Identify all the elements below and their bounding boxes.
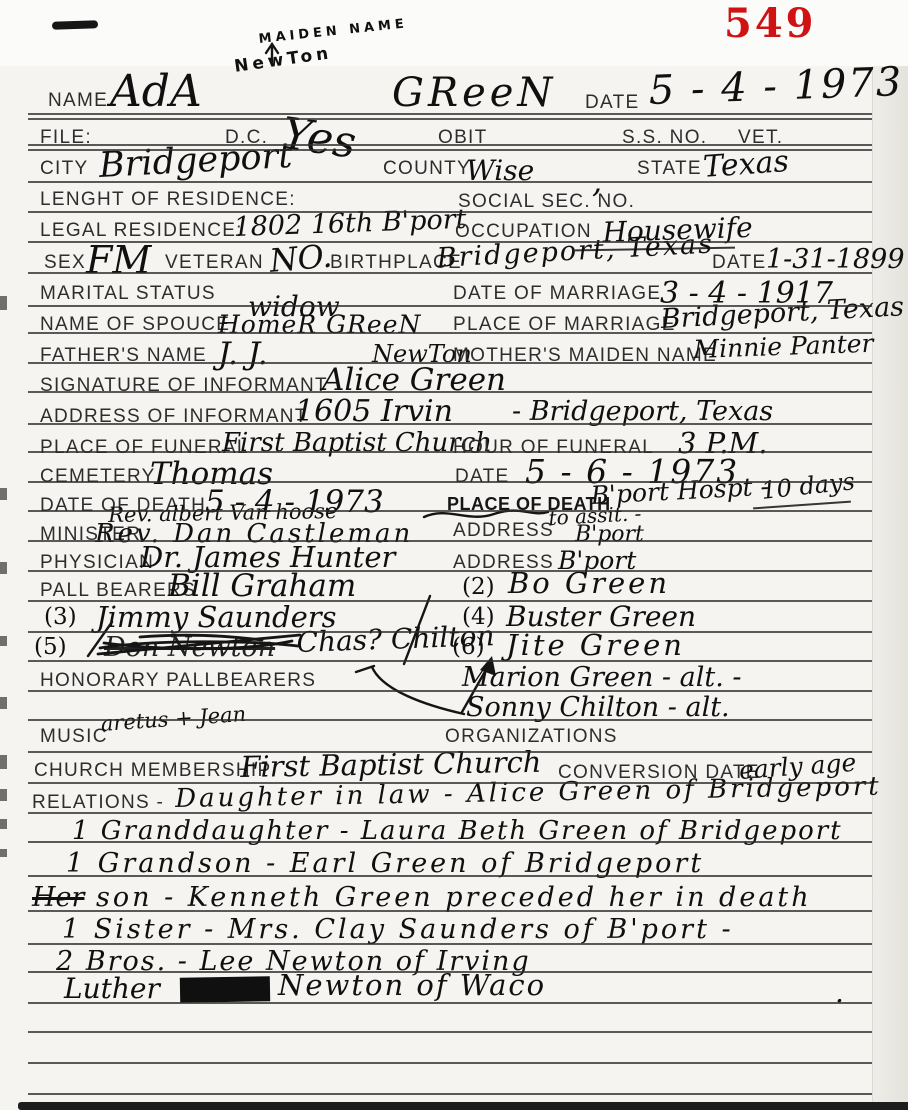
pallbearer-2-num: (2): [462, 574, 495, 600]
scanned-record-card: 549 MAIDEN NAME NewTon NAME AdA GReeN DA…: [0, 0, 908, 1110]
social-sec-label: SOCIAL SEC. NO.: [458, 191, 635, 213]
death-place-note: 10 days: [760, 467, 856, 505]
father-name-value: J. J.: [218, 336, 268, 372]
county-label: COUNTY: [383, 158, 471, 180]
relations-label: RELATIONS -: [32, 792, 164, 814]
name-label: NAME: [48, 90, 108, 112]
funeral-place-value: First Baptist Church: [222, 428, 492, 458]
scan-edge-mark: [0, 636, 7, 646]
relations-line-5: 1 Sister - Mrs. Clay Saunders of B'port …: [62, 914, 734, 945]
relations-line-7b: Newton of Waco: [278, 968, 546, 1002]
form-rule-line: [28, 113, 872, 115]
pallbearer-6-num: (6): [452, 634, 485, 660]
page-number: 549: [724, 0, 817, 47]
date-label: DATE: [585, 92, 639, 114]
pallbearer-1: Bill Graham: [168, 568, 356, 604]
form-rule-line: [28, 211, 872, 213]
form-rule-line: [28, 149, 872, 151]
marital-status-label: MARITAL STATUS: [40, 283, 216, 305]
veteran-label: VETERAN: [165, 252, 264, 274]
redaction-box: [180, 976, 270, 1003]
form-rule-line: [28, 144, 872, 146]
music-label: MUSIC: [40, 726, 108, 748]
form-rule-line: [28, 1002, 872, 1004]
relations-line-4: son - Kenneth Green preceded her in deat…: [96, 882, 812, 913]
scan-edge-mark: [0, 789, 7, 801]
scan-edge-mark: [0, 562, 7, 574]
minister-address-label: ADDRESS: [453, 520, 554, 542]
form-rule-line: [28, 943, 872, 945]
form-rule-line: [28, 305, 872, 307]
form-rule-line: [28, 875, 872, 877]
length-of-residence-label: LENGHT OF RESIDENCE:: [40, 189, 296, 211]
form-rule-line: [28, 812, 872, 814]
pallbearer-3-num: (3): [44, 604, 77, 630]
pen-dot: .: [835, 976, 844, 1009]
form-rule-line: [28, 272, 872, 274]
birthdate-label: DATE: [712, 252, 766, 274]
form-rule-line: [28, 841, 872, 843]
pallbearer-5-struck: Don Newton: [104, 632, 275, 663]
birthdate-value: 1-31-1899: [766, 244, 905, 275]
form-rule-line: [28, 910, 872, 912]
form-rule-line: [28, 481, 872, 483]
form-rule-line: [28, 181, 872, 183]
relations-line-7a: Luther: [64, 972, 160, 1005]
form-rule-line: [28, 118, 872, 120]
honorary-alt-1: Marion Green - alt. -: [462, 662, 742, 693]
scan-edge-mark: [0, 697, 7, 709]
form-rule-line: [28, 690, 872, 692]
sex-label: SEX: [44, 252, 86, 274]
form-rule-line: [28, 751, 872, 753]
form-rule-line: [28, 1062, 872, 1064]
name-last-value: GReeN: [392, 70, 556, 116]
scan-edge-mark: [0, 755, 7, 769]
city-label: CITY: [40, 158, 88, 180]
form-rule-line: [28, 423, 872, 425]
name-first-value: AdA: [110, 66, 202, 117]
form-rule-line: [28, 451, 872, 453]
pallbearer-6: Jite Green: [506, 628, 685, 662]
form-rule-line: [28, 510, 872, 512]
date-value: 5 - 4 - 1973: [648, 59, 904, 114]
scan-edge-mark: [0, 849, 7, 857]
pen-dash-mark: [52, 20, 98, 30]
relations-line-4-struck: Her: [32, 882, 84, 913]
marriage-date-label: DATE OF MARRIAGE: [453, 283, 661, 305]
informant-signature-label: SIGNATURE OF INFORMANT: [40, 375, 328, 397]
form-rule-line: [28, 362, 872, 364]
burial-date-label: DATE: [455, 466, 509, 488]
form-rule-line: [28, 631, 872, 633]
form-rule-line: [28, 1093, 872, 1095]
scan-bottom-bar: [18, 1102, 908, 1110]
cemetery-label: CEMETERY: [40, 466, 156, 488]
form-rule-line: [28, 241, 872, 243]
form-rule-line: [28, 540, 872, 542]
form-rule-line: [28, 332, 872, 334]
scan-edge-mark: [0, 296, 7, 310]
form-rule-line: [28, 600, 872, 602]
spouse-value: HomeR GReeN: [218, 310, 421, 339]
form-rule-line: [28, 391, 872, 393]
church-membership-label: CHURCH MEMBERSHIP: [34, 760, 271, 782]
mother-maiden-value: Minnie Panter: [693, 329, 874, 364]
form-rule-line: [28, 971, 872, 973]
form-rule-line: [28, 782, 872, 784]
scan-edge-mark: [0, 819, 7, 829]
sex-value: FM: [86, 238, 151, 282]
form-rule-line: [28, 1031, 872, 1033]
form-rule-line: [28, 660, 872, 662]
honorary-pallbearers-label: HONORARY PALLBEARERS: [40, 670, 316, 692]
scan-edge-mark: [0, 488, 7, 500]
state-label: STATE: [637, 158, 702, 180]
pallbearer-5-num: (5): [34, 634, 67, 660]
scan-right-edge: [872, 66, 908, 1110]
form-rule-line: [28, 719, 872, 721]
minister-address-value: B'port: [575, 522, 644, 547]
form-rule-line: [28, 570, 872, 572]
